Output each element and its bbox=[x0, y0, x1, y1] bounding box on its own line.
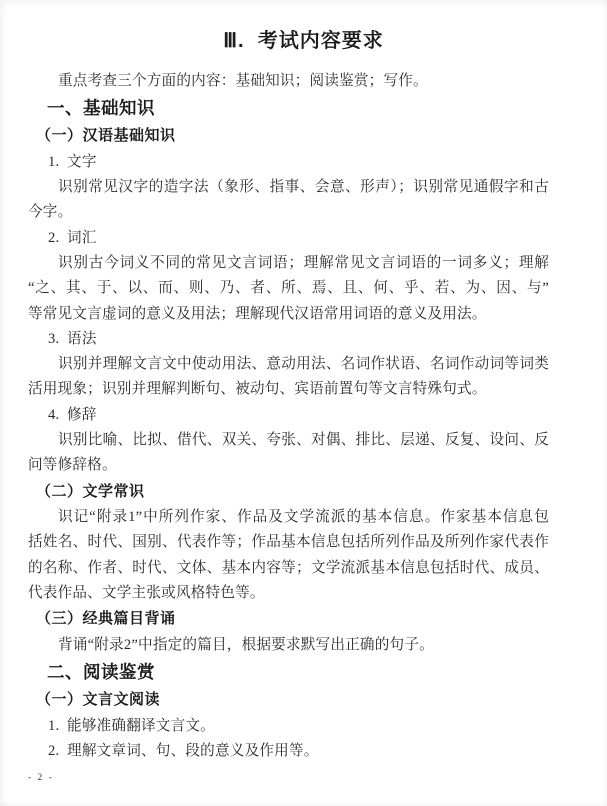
heading-level-2: （一）汉语基础知识 bbox=[28, 123, 549, 150]
page-number: - 2 - bbox=[28, 773, 54, 783]
heading-level-2: （三）经典篇目背诵 bbox=[28, 606, 549, 633]
heading-level-2: （二）文学常识 bbox=[28, 479, 549, 506]
list-item: 3. 语法 bbox=[28, 327, 549, 352]
paragraph-line: 活用现象；识别并理解判断句、被动句、宾语前置句等文言特殊句式。 bbox=[28, 377, 549, 402]
list-item: 1. 能够准确翻译文言文。 bbox=[28, 714, 549, 739]
paragraph-line: 今字。 bbox=[28, 200, 549, 225]
list-item: 2. 词汇 bbox=[28, 226, 549, 251]
list-item: 2. 理解文章词、句、段的意义及作用等。 bbox=[28, 739, 549, 764]
paragraph-line: 问等修辞格。 bbox=[28, 453, 549, 478]
paragraph-line: 识别古今词义不同的常见文言词语；理解常见文言词语的一词多义；理解 bbox=[28, 251, 549, 276]
paragraph-line: “之、其、于、以、而、则、乃、者、所、焉、且、何、乎、若、为、因、与” bbox=[28, 276, 549, 301]
document-page: Ⅲ. 考试内容要求 重点考查三个方面的内容：基础知识；阅读鉴赏；写作。 一、基础… bbox=[0, 0, 607, 806]
paragraph-line: 的名称、作者、时代、文体、基本内容等；文学流派基本信息包括时代、成员、 bbox=[28, 556, 549, 581]
list-item: 1. 文字 bbox=[28, 150, 549, 175]
document-body: 重点考查三个方面的内容：基础知识；阅读鉴赏；写作。 一、基础知识 （一）汉语基础… bbox=[0, 69, 607, 764]
intro-paragraph: 重点考查三个方面的内容：基础知识；阅读鉴赏；写作。 bbox=[28, 69, 549, 94]
heading-level-2: （一）文言文阅读 bbox=[28, 687, 549, 714]
heading-level-1: 二、阅读鉴赏 bbox=[28, 658, 549, 687]
paragraph-line: 识别常见汉字的造字法（象形、指事、会意、形声）；识别常见通假字和古 bbox=[28, 175, 549, 200]
page-title: Ⅲ. 考试内容要求 bbox=[0, 26, 607, 56]
paragraph-line: 等常见文言虚词的意义及用法；理解现代汉语常用词语的意义及用法。 bbox=[28, 302, 549, 327]
paragraph-line: 代表作品、文学主张或风格特色等。 bbox=[28, 581, 549, 606]
paragraph-line: 背诵“附录2”中指定的篇目，根据要求默写出正确的句子。 bbox=[28, 633, 549, 658]
paragraph-line: 识记“附录1”中所列作家、作品及文学流派的基本信息。作家基本信息包 bbox=[28, 505, 549, 530]
paragraph-line: 识别比喻、比拟、借代、双关、夸张、对偶、排比、层递、反复、设问、反 bbox=[28, 428, 549, 453]
paragraph-line: 括姓名、时代、国别、代表作等；作品基本信息包括所列作品及所列作家代表作 bbox=[28, 530, 549, 555]
paragraph-line: 识别并理解文言文中使动用法、意动用法、名词作状语、名词作动词等词类 bbox=[28, 352, 549, 377]
list-item: 4. 修辞 bbox=[28, 403, 549, 428]
heading-level-1: 一、基础知识 bbox=[28, 94, 549, 123]
